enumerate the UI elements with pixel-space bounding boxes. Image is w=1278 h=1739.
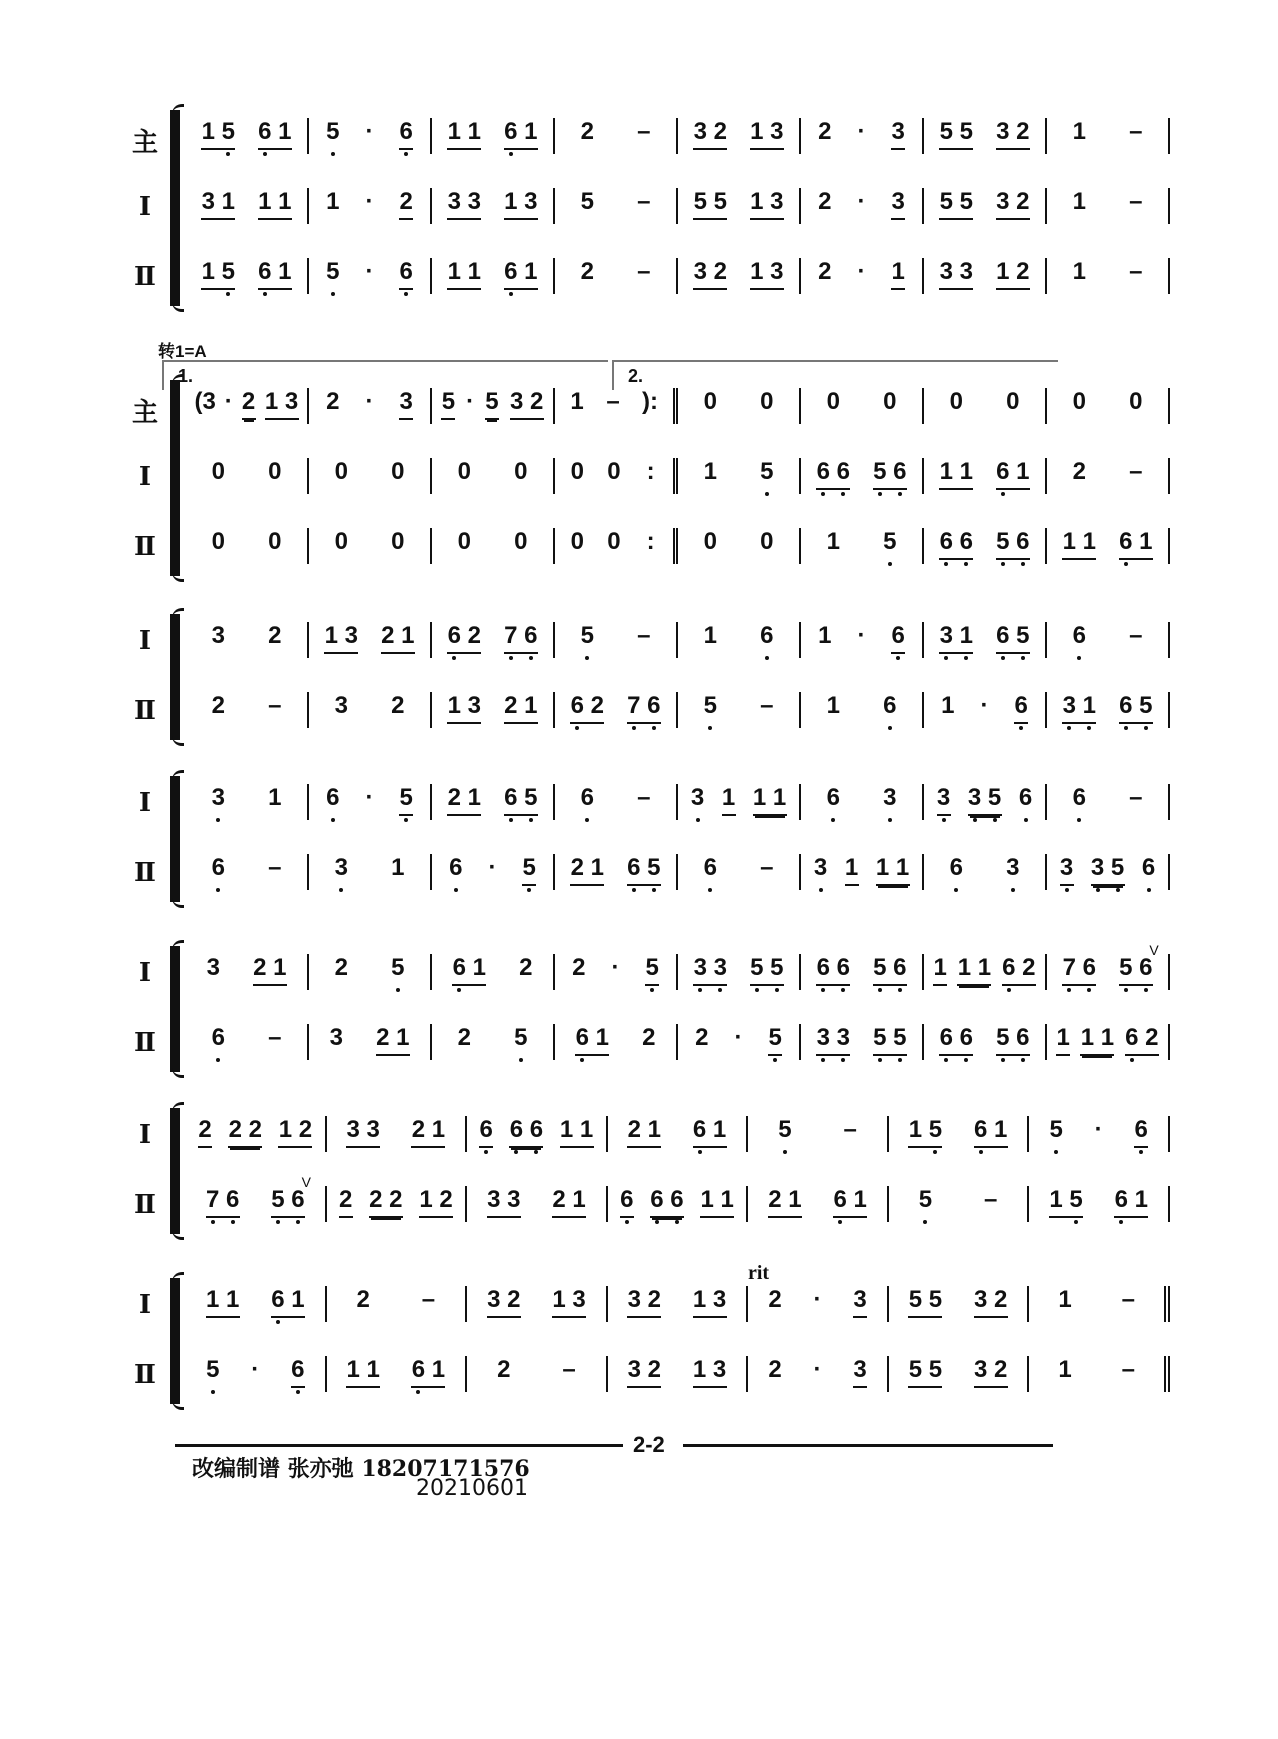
note-group: 1 [570, 388, 584, 418]
note: 2 [211, 692, 225, 720]
note-group: 13 [693, 1286, 727, 1318]
note: 0 [703, 388, 717, 416]
note-group: 11 [1062, 528, 1096, 560]
measure: 2·5 [555, 954, 678, 990]
measure: 6656 [924, 1024, 1047, 1060]
note: 0 [268, 528, 282, 556]
note: 3 [524, 188, 538, 216]
note-group: 2 [818, 188, 832, 218]
note-group: 2 [642, 1024, 656, 1054]
note-group: 32 [693, 258, 727, 290]
note-group: 3 [691, 784, 705, 814]
sustain-dash: – [421, 1286, 435, 1314]
note-group: 1 [1072, 188, 1086, 218]
measure: 3165 [1047, 692, 1170, 728]
sustain-dash: – [843, 1116, 857, 1144]
note-group: 2 [211, 692, 225, 722]
note-group: 2 [268, 622, 282, 652]
note: 1 [700, 1186, 714, 1214]
note: 1 [324, 622, 338, 650]
augmentation-dot: · [814, 1356, 822, 1384]
note: 6 [575, 1024, 589, 1052]
note-group: – [421, 1286, 435, 1316]
note: 5 [908, 1356, 922, 1384]
staff-second: Ⅱ00000000:001566561161 [130, 528, 1170, 568]
measure-row: 316·521656–31116333566– [186, 784, 1170, 824]
note: (3 [194, 388, 215, 416]
note: 1 [959, 458, 973, 486]
note: 5 [959, 188, 973, 216]
note: 3 [713, 954, 727, 982]
note: 5 [873, 954, 887, 982]
note-group: 2 [695, 1024, 709, 1054]
note: 6 [580, 784, 594, 812]
note-group: 76 [1062, 954, 1096, 986]
note: 2 [439, 1186, 453, 1214]
note: 6 [1125, 1024, 1139, 1052]
note: 5 [206, 1356, 220, 1384]
note-group: 5 [441, 388, 455, 420]
note: 5 [908, 1286, 922, 1314]
augmentation-dot: · [857, 258, 865, 286]
augmentation-dot: · [365, 388, 373, 416]
augmentation-dot: · [1095, 1116, 1103, 1144]
measure: 6·5 [309, 784, 432, 820]
note: 3 [329, 1024, 343, 1052]
note: 5 [399, 784, 413, 812]
note: 3 [627, 1356, 641, 1384]
score-system: Ⅰ32132162765–161·631656–Ⅱ2–32132162765–1… [130, 622, 1170, 732]
breath-mark-icon: V [1149, 942, 1158, 958]
page-number: 2-2 [633, 1432, 665, 1458]
note-group: 6 [620, 1186, 634, 1218]
note: 1 [1058, 1356, 1072, 1384]
note: 2 [1145, 1024, 1159, 1052]
sustain-dash: – [637, 118, 651, 146]
note-group: 0 [760, 528, 774, 558]
sustain-dash: – [760, 854, 774, 882]
measure-row: 6–316·521656–3111633356 [186, 854, 1170, 894]
note-group: 15 [201, 258, 235, 290]
note-group: 56V [271, 1186, 305, 1218]
note-group: 6 [949, 854, 963, 884]
note-group: – [637, 258, 651, 288]
instrument-label: Ⅱ [130, 1190, 160, 1220]
measure: 2·3 [748, 1286, 889, 1322]
note: 3 [201, 188, 215, 216]
measure-row: 32132162765–161·631656– [186, 622, 1170, 662]
note: 3 [1091, 854, 1105, 882]
note-group: 21 [768, 1186, 802, 1218]
note: 6 [504, 118, 518, 146]
measure: 1– [1029, 1356, 1170, 1392]
measure-row: 15615·611612–32132·133121– [186, 258, 1170, 298]
instrument-label: Ⅰ [130, 462, 160, 492]
note: 1 [467, 118, 481, 146]
note: 5 [580, 622, 594, 650]
note: 3 [770, 188, 784, 216]
measure: 6276 [432, 622, 555, 658]
measure: 31 [309, 854, 432, 890]
measure: 3313 [432, 188, 555, 224]
measure: 7656V [1047, 954, 1170, 990]
measure-row: (3·2132·35·5321–):00000000 [186, 388, 1170, 428]
note: 3 [996, 118, 1010, 146]
note-group: – [1121, 1356, 1135, 1386]
sustain-dash: – [760, 692, 774, 720]
note: 5 [928, 1286, 942, 1314]
measure-row: 00000000:15665611612– [186, 458, 1170, 498]
note-group: 6 [1072, 784, 1086, 814]
note: 6 [816, 954, 830, 982]
measure: 2·3 [309, 388, 432, 424]
measure: 00 [801, 388, 924, 424]
note-group: 66 [650, 1186, 684, 1218]
note-group: 6 [580, 784, 594, 814]
note: 6 [893, 458, 907, 486]
note: 5 [645, 954, 659, 982]
note-group: 21 [504, 692, 538, 724]
note: 5 [750, 954, 764, 982]
note-group: 61 [258, 258, 292, 290]
note: 6 [949, 854, 963, 882]
note-group: 6 [291, 1356, 305, 1388]
note-group: 11 [206, 1286, 240, 1318]
measure: 3213 [608, 1286, 749, 1322]
note: 3 [713, 1356, 727, 1384]
note-group: 0 [760, 388, 774, 418]
note-group: 3 [891, 118, 905, 150]
note: 1 [291, 1286, 305, 1314]
note-group: – [562, 1356, 576, 1386]
note-group: 6 [1072, 622, 1086, 652]
measure: 6656 [801, 458, 924, 494]
measure: 5– [555, 188, 678, 224]
note: 0 [391, 528, 405, 556]
note-group: 32 [627, 1356, 661, 1388]
sustain-dash: – [1129, 258, 1143, 286]
note-group: 3 [814, 854, 828, 884]
augmentation-dot: · [365, 258, 373, 286]
note: 1 [891, 258, 905, 286]
note-group: 2 [334, 954, 348, 984]
measure: 15 [678, 458, 801, 494]
measure: 00 [186, 528, 309, 564]
staff-second: Ⅱ5·611612–32132·355321– [130, 1356, 1170, 1396]
note-group: 5 [1049, 1116, 1063, 1146]
note-group: 1 [268, 784, 282, 814]
measure: 321 [186, 954, 309, 990]
note-group: 0 [211, 458, 225, 488]
note: 3 [891, 118, 905, 146]
note: 6 [1114, 1186, 1128, 1214]
note: 6 [1142, 854, 1156, 882]
note: 6 [570, 692, 584, 720]
instrument-label: 主 [130, 122, 160, 159]
note: 5 [883, 528, 897, 556]
note: 2 [695, 1024, 709, 1052]
measure: 1– [1047, 188, 1170, 224]
measure-row: 7656V2221233216661121615–1561 [186, 1186, 1170, 1226]
note: 1 [750, 258, 764, 286]
measure: 3111 [678, 784, 801, 820]
measure: 66611 [608, 1186, 749, 1222]
note: 6 [1016, 1024, 1030, 1052]
instrument-label: 主 [130, 392, 160, 429]
note: 2 [768, 1286, 782, 1314]
staff-first: Ⅰ31111·233135–55132·355321– [130, 188, 1170, 228]
note: 0 [607, 458, 621, 486]
note-group: 22 [228, 1116, 262, 1148]
note-group: 0 [826, 388, 840, 418]
note-group: 5 [326, 258, 340, 288]
sustain-dash: – [637, 784, 651, 812]
note: 1 [447, 118, 461, 146]
measure: 2161 [608, 1116, 749, 1152]
note: 6 [1019, 784, 1033, 812]
note-group: 56 [873, 458, 907, 490]
note: 5 [928, 1356, 942, 1384]
measure: 2165 [432, 784, 555, 820]
measure: 32 [186, 622, 309, 658]
note: 2 [369, 1186, 383, 1214]
note-group: – [268, 854, 282, 884]
measure: 16 [801, 692, 924, 728]
measure: 6·5 [432, 854, 555, 890]
note: 3 [467, 692, 481, 720]
note: 1 [595, 1024, 609, 1052]
staff-first: Ⅰ321256122·533556656111627656V [130, 954, 1170, 994]
measure: 6– [186, 1024, 309, 1060]
note: 3 [691, 784, 705, 812]
note-group: 1 [826, 528, 840, 558]
note: 6 [291, 1356, 305, 1384]
note: 2 [198, 1116, 212, 1144]
note: 2 [242, 388, 256, 416]
note-group: 32 [974, 1356, 1008, 1388]
note-group: 31 [1062, 692, 1096, 724]
note-group: 0 [334, 528, 348, 558]
note-group: 11 [447, 258, 481, 290]
note: 6 [479, 1116, 493, 1144]
note-group: – [606, 388, 620, 418]
measure: 3321 [327, 1116, 468, 1152]
note: 3 [467, 188, 481, 216]
note: 2 [1016, 258, 1030, 286]
note: 0 [760, 528, 774, 556]
note-group: 11 [939, 458, 973, 490]
measure: 3355 [801, 1024, 924, 1060]
note-group: 13 [750, 118, 784, 150]
note-group: 31 [201, 188, 235, 220]
note-group: – [1129, 458, 1143, 488]
note: 2 [768, 1186, 782, 1214]
note: 6 [959, 528, 973, 556]
instrument-label: Ⅰ [130, 1120, 160, 1150]
note: 1 [560, 1116, 574, 1144]
note-group: 31 [939, 622, 973, 654]
measure: 00 [432, 528, 555, 564]
note: 2 [572, 954, 586, 982]
note: 6 [996, 622, 1010, 650]
note-group: 56 [996, 528, 1030, 560]
note-group: (3 [194, 388, 215, 418]
note: 1 [467, 784, 481, 812]
sustain-dash: – [268, 1024, 282, 1052]
note: 2 [376, 1024, 390, 1052]
note: 1 [221, 188, 235, 216]
note-group: – [1121, 1286, 1135, 1316]
note-group: 6 [826, 784, 840, 814]
score-system: Ⅰ2221233216661121615–15615·6Ⅱ7656V222123… [130, 1116, 1170, 1226]
note: 1 [401, 622, 415, 650]
note: 1 [845, 854, 859, 882]
measure: (3·213 [186, 388, 309, 424]
note: 0 [1072, 388, 1086, 416]
measure: 2161 [748, 1186, 889, 1222]
measure: 2·5 [678, 1024, 801, 1060]
note: 5 [271, 1186, 285, 1214]
note-group: 2 [1072, 458, 1086, 488]
note-group: 6 [760, 622, 774, 652]
note-group: 2 [768, 1356, 782, 1386]
note-group: 2 [580, 118, 594, 148]
note: 3 [1060, 854, 1074, 882]
note: 5 [1111, 854, 1125, 882]
note: 6 [1119, 692, 1133, 720]
measure: 63 [801, 784, 924, 820]
note: 6 [211, 854, 225, 882]
note-group: 35 [968, 784, 1002, 816]
note-group: 2 [497, 1356, 511, 1386]
measure: 5– [678, 692, 801, 728]
sustain-dash: – [1129, 118, 1143, 146]
measure: 612 [555, 1024, 678, 1060]
note: 0 [703, 528, 717, 556]
note-group: 11 [346, 1356, 380, 1388]
note: 1 [896, 854, 910, 882]
note: 5 [326, 258, 340, 286]
note-group: – [637, 188, 651, 218]
note-group: 5 [883, 528, 897, 558]
measure: 5513 [678, 188, 801, 224]
note: 5 [514, 1024, 528, 1052]
note-group: 6 [883, 692, 897, 722]
note-group: 66 [816, 954, 850, 986]
note-group: 76 [504, 622, 538, 654]
instrument-label: Ⅰ [130, 1290, 160, 1320]
note-group: 0 [570, 528, 584, 558]
note-group: 33 [816, 1024, 850, 1056]
note-group: 2 [399, 188, 413, 220]
note: 2 [298, 1116, 312, 1144]
note: 1 [201, 118, 215, 146]
note: 2 [504, 692, 518, 720]
note-group: 6 [326, 784, 340, 814]
note-group: 3 [937, 784, 951, 816]
note: 1 [552, 1286, 566, 1314]
note-group: 66 [939, 1024, 973, 1056]
note: 1 [753, 784, 767, 812]
note: 1 [933, 954, 947, 982]
note: 6 [524, 622, 538, 650]
measure: 1161 [186, 1286, 327, 1322]
note-group: 0 [268, 528, 282, 558]
note-group: 11 [258, 188, 292, 220]
note: 5 [1119, 954, 1133, 982]
note-group: 11 [753, 784, 787, 816]
note: 2 [647, 1286, 661, 1314]
note-group: 22 [369, 1186, 403, 1218]
note: 2 [627, 1116, 641, 1144]
note-group: : [644, 458, 658, 488]
note: 2 [381, 622, 395, 650]
note: 6 [760, 622, 774, 650]
measure: 5532 [924, 118, 1047, 154]
note-group: 0 [514, 528, 528, 558]
note: 6 [650, 1186, 664, 1214]
measure: 6656 [924, 528, 1047, 564]
note: 6 [627, 854, 641, 882]
note-group: 0 [1006, 388, 1020, 418]
note: 6 [509, 1116, 523, 1144]
note-group: 65 [996, 622, 1030, 654]
note-group: 3 [211, 622, 225, 652]
note: 1 [258, 188, 272, 216]
measure: 2– [467, 1356, 608, 1392]
measure: 3165 [924, 622, 1047, 658]
note: 3 [974, 1356, 988, 1384]
note: 2 [713, 118, 727, 146]
note: 0 [268, 458, 282, 486]
note: 0 [334, 528, 348, 556]
note: 5 [647, 854, 661, 882]
note: 5 [939, 118, 953, 146]
note-group: 5 [760, 458, 774, 488]
note-group: – [268, 1024, 282, 1054]
note-group: 1 [1072, 258, 1086, 288]
augmentation-dot: · [466, 388, 474, 416]
note-group: 3 [334, 854, 348, 884]
note-group: 0 [457, 528, 471, 558]
note: 6 [893, 954, 907, 982]
note: 6 [826, 784, 840, 812]
note-group: 1 [891, 258, 905, 290]
measure: 00 [1047, 388, 1170, 424]
note-group: 0 [883, 388, 897, 418]
note-group: 0 [391, 528, 405, 558]
note-group: – [1129, 258, 1143, 288]
note: 6 [211, 1024, 225, 1052]
note-group: 55 [939, 118, 973, 150]
measure: 6– [1047, 622, 1170, 658]
note: 1 [472, 954, 486, 982]
note: 5 [1069, 1186, 1083, 1214]
note: 1 [722, 784, 736, 812]
note-group: 5 [918, 1186, 932, 1216]
note: 2 [1022, 954, 1036, 982]
note: 1 [590, 854, 604, 882]
measure: 5·6 [1029, 1116, 1170, 1152]
note: 1 [1082, 692, 1096, 720]
note-group: 0 [1129, 388, 1143, 418]
note: 1 [278, 118, 292, 146]
note-group: 13 [750, 258, 784, 290]
note: 3 [447, 188, 461, 216]
note-group: 32 [627, 1286, 661, 1318]
note-group: 62 [1002, 954, 1036, 986]
measure: 1– [1047, 118, 1170, 154]
